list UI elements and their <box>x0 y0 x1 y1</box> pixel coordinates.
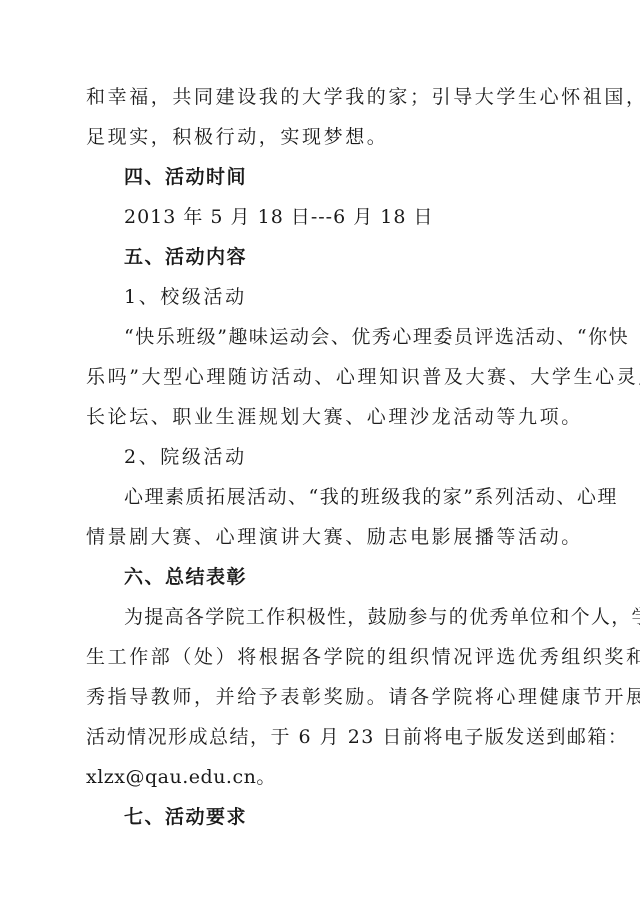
section-heading-activity-content: 五、活动内容 <box>124 245 594 269</box>
paragraph-line: “快乐班级”趣味运动会、优秀心理委员评选活动、“你快 <box>124 325 594 349</box>
email-address: xlzx@qau.edu.cn。 <box>86 765 556 789</box>
section-heading-activity-time: 四、活动时间 <box>124 165 594 189</box>
paragraph-line: 活动情况形成总结，于 6 月 23 日前将电子版发送到邮箱： <box>86 725 556 749</box>
section-heading-summary-awards: 六、总结表彰 <box>124 565 594 589</box>
subheading-school-level: 1、校级活动 <box>124 285 594 309</box>
paragraph-line: 生工作部（处）将根据各学院的组织情况评选优秀组织奖和优 <box>86 645 556 669</box>
paragraph-line: 足现实，积极行动，实现梦想。 <box>86 125 556 149</box>
subheading-college-level: 2、院级活动 <box>124 445 594 469</box>
section-heading-requirements: 七、活动要求 <box>124 805 594 829</box>
paragraph-line: 长论坛、职业生涯规划大赛、心理沙龙活动等九项。 <box>86 405 556 429</box>
paragraph-line: 秀指导教师，并给予表彰奖励。请各学院将心理健康节开展的 <box>86 685 556 709</box>
activity-date-range: 2013 年 5 月 18 日---6 月 18 日 <box>124 205 594 229</box>
paragraph-line: 情景剧大赛、心理演讲大赛、励志电影展播等活动。 <box>86 525 556 549</box>
paragraph-line: 乐吗”大型心理随访活动、心理知识普及大赛、大学生心灵成 <box>86 365 556 389</box>
paragraph-line: 心理素质拓展活动、“我的班级我的家”系列活动、心理 <box>124 485 594 509</box>
document-page: 和幸福，共同建设我的大学我的家；引导大学生心怀祖国，立 足现实，积极行动，实现梦… <box>0 0 640 905</box>
paragraph-line: 为提高各学院工作积极性，鼓励参与的优秀单位和个人，学 <box>124 605 594 629</box>
paragraph-line: 和幸福，共同建设我的大学我的家；引导大学生心怀祖国，立 <box>86 85 556 109</box>
